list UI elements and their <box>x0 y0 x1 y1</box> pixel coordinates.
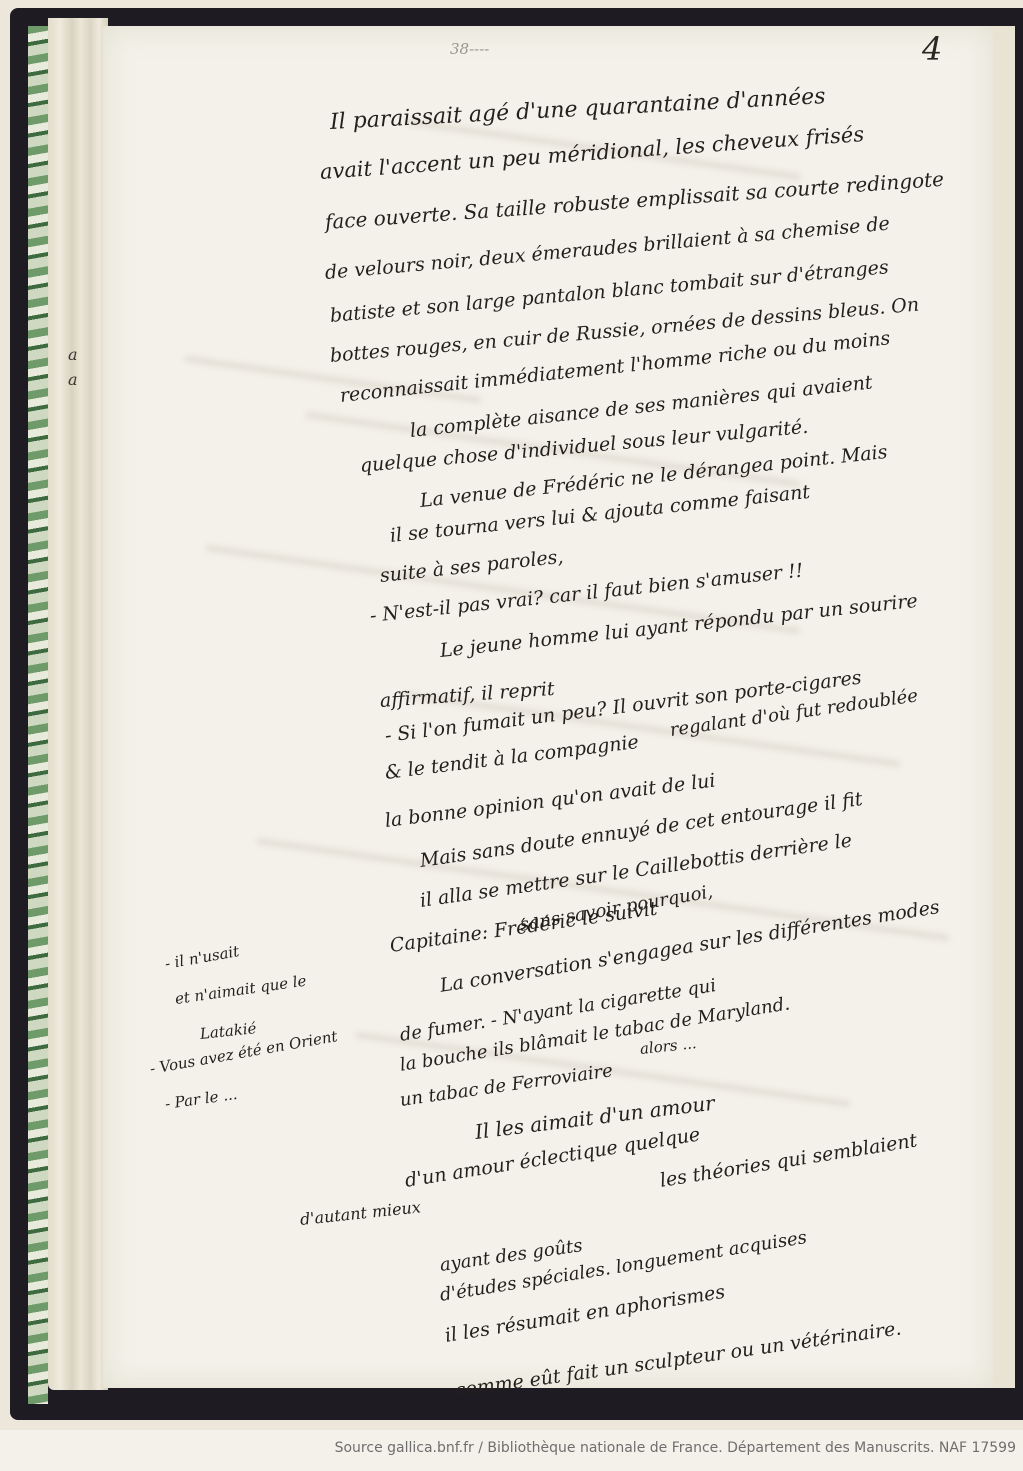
foliation-number: 38---- <box>450 40 489 58</box>
page-number: 4 <box>922 30 942 68</box>
page-stack-edges <box>48 18 108 1390</box>
margin-mark: a <box>68 370 78 389</box>
marbled-endpaper <box>28 26 48 1404</box>
page-edge <box>993 26 1015 1388</box>
margin-mark: a <box>68 345 78 364</box>
source-credit: Source gallica.bnf.fr / Bibliothèque nat… <box>0 1440 1016 1456</box>
